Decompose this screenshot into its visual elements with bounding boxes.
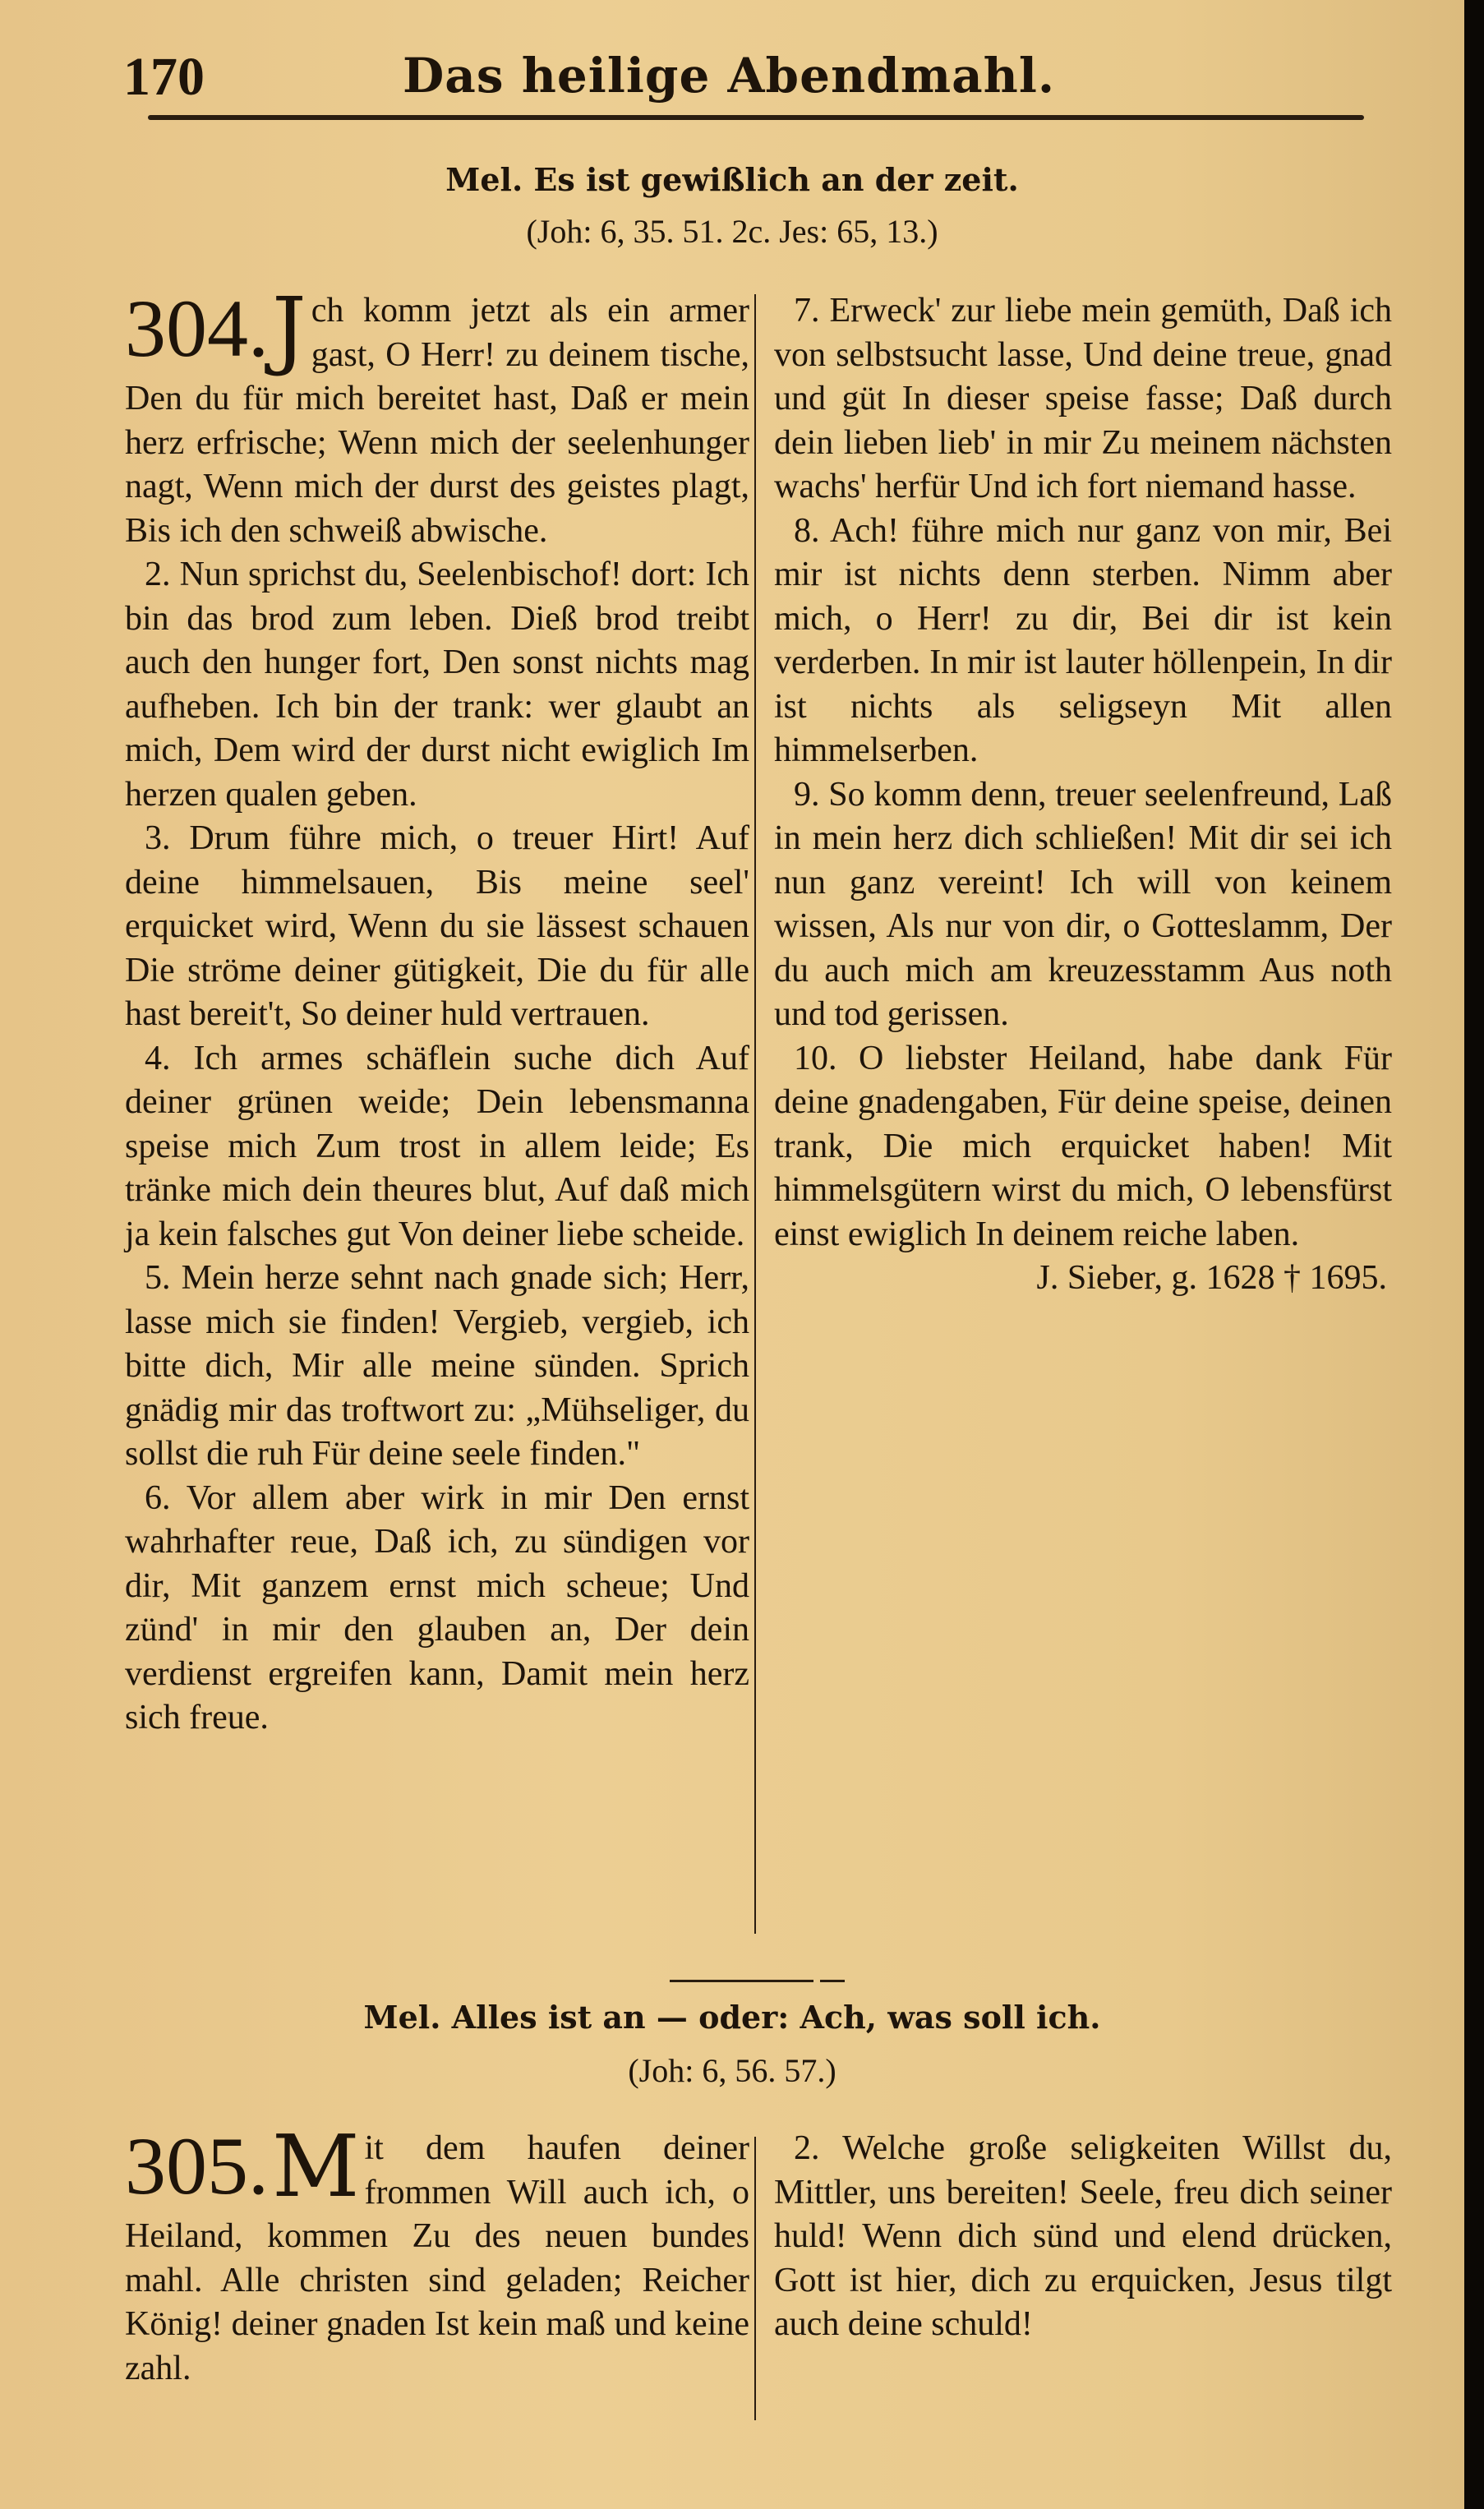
column-divider [754, 294, 756, 1934]
hymn-304-melody: Mel. Es ist gewißlich an der zeit. [0, 161, 1464, 198]
scan-edge-shadow [1464, 0, 1484, 2509]
verse-number: 9. [794, 776, 820, 814]
verse-6-start: 6. Vor allem aber wirk in mir Den ernst … [125, 1477, 749, 1741]
verse-text: Drum führe mich, o treuer Hirt! Auf dein… [125, 819, 749, 1033]
verse-9: 9. So komm denn, treuer seelenfreund, La… [774, 773, 1392, 1037]
verse-number: 4. [145, 1040, 171, 1077]
verse-text: Ich armes schäflein suche dich Auf deine… [125, 1040, 749, 1253]
verse-number: 5. [145, 1259, 171, 1297]
hymn-305-scripture: (Joh: 6, 56. 57.) [0, 2051, 1464, 2090]
verse-7: 7. Erweck' zur liebe mein gemüth, Daß ic… [774, 289, 1392, 510]
hymn-number-305: 305. [125, 2132, 269, 2201]
verse-number: 2. [794, 2129, 820, 2167]
verse-number: 7. [794, 292, 820, 330]
verse-text: Mein herze sehnt nach gnade sich; Herr, … [125, 1259, 749, 1473]
header-rule [148, 115, 1364, 120]
verse-2: 2. Welche große seligkeiten Willst du, M… [774, 2127, 1392, 2347]
verse-text: Erweck' zur liebe mein gemüth, Daß ich v… [774, 292, 1392, 505]
section-rule-end [820, 1980, 845, 1982]
verse-4: 4. Ich armes schäflein suche dich Auf de… [125, 1037, 749, 1257]
verse-text: Welche große seligkeiten Willst du, Mitt… [774, 2129, 1392, 2343]
hymn-304-left-column: 304. J ch komm jetzt als ein armer gast,… [125, 289, 749, 1741]
verse-number: 2. [145, 556, 171, 593]
hymn-305-right-column: 2. Welche große seligkeiten Willst du, M… [774, 2127, 1392, 2347]
verse-10: 10. O liebster Heiland, habe dank Für de… [774, 1037, 1392, 1257]
verse-text: Nun sprichst du, Seelenbischof! dort: Ic… [125, 556, 749, 814]
page-number: 170 [123, 46, 205, 108]
verse-5: 5. Mein herze sehnt nach gnade sich; Her… [125, 1257, 749, 1477]
verse-text: So komm denn, treuer seelenfreund, Laß i… [774, 776, 1392, 1034]
verse-text: O liebster Heiland, habe dank Für deine … [774, 1040, 1392, 1253]
verse-2: 2. Nun sprichst du, Seelenbischof! dort:… [125, 553, 749, 817]
verse-number: 3. [145, 819, 171, 857]
verse-number: 10. [794, 1040, 837, 1077]
verse-3: 3. Drum führe mich, o treuer Hirt! Auf d… [125, 817, 749, 1037]
running-title: Das heilige Abendmahl. [403, 48, 1055, 104]
column-divider [754, 2137, 756, 2420]
verse-number: 6. [145, 1479, 171, 1517]
section-rule [670, 1980, 813, 1982]
hymn-author: J. Sieber, g. 1628 † 1695. [774, 1257, 1392, 1301]
hymn-304-right-column: 7. Erweck' zur liebe mein gemüth, Daß ic… [774, 289, 1392, 1301]
verse-text: Vor allem aber wirk in mir Den ernst wah… [125, 1479, 749, 1737]
hymn-304-scripture: (Joh: 6, 35. 51. 2c. Jes: 65, 13.) [0, 212, 1464, 251]
hymn-305-melody: Mel. Alles ist an — oder: Ach, was soll … [0, 1999, 1464, 2036]
verse-text: Ach! führe mich nur ganz von mir, Bei mi… [774, 512, 1392, 770]
hymn-305-left-column: 305. M it dem haufen deiner frommen Will… [125, 2127, 749, 2391]
drop-initial: J [272, 294, 306, 363]
verse-number: 8. [794, 512, 820, 550]
running-head: 170 Das heilige Abendmahl. [123, 39, 1364, 113]
hymn-number-304: 304. [125, 294, 269, 363]
verse-8: 8. Ach! führe mich nur ganz von mir, Bei… [774, 510, 1392, 773]
drop-initial: M [272, 2132, 360, 2201]
